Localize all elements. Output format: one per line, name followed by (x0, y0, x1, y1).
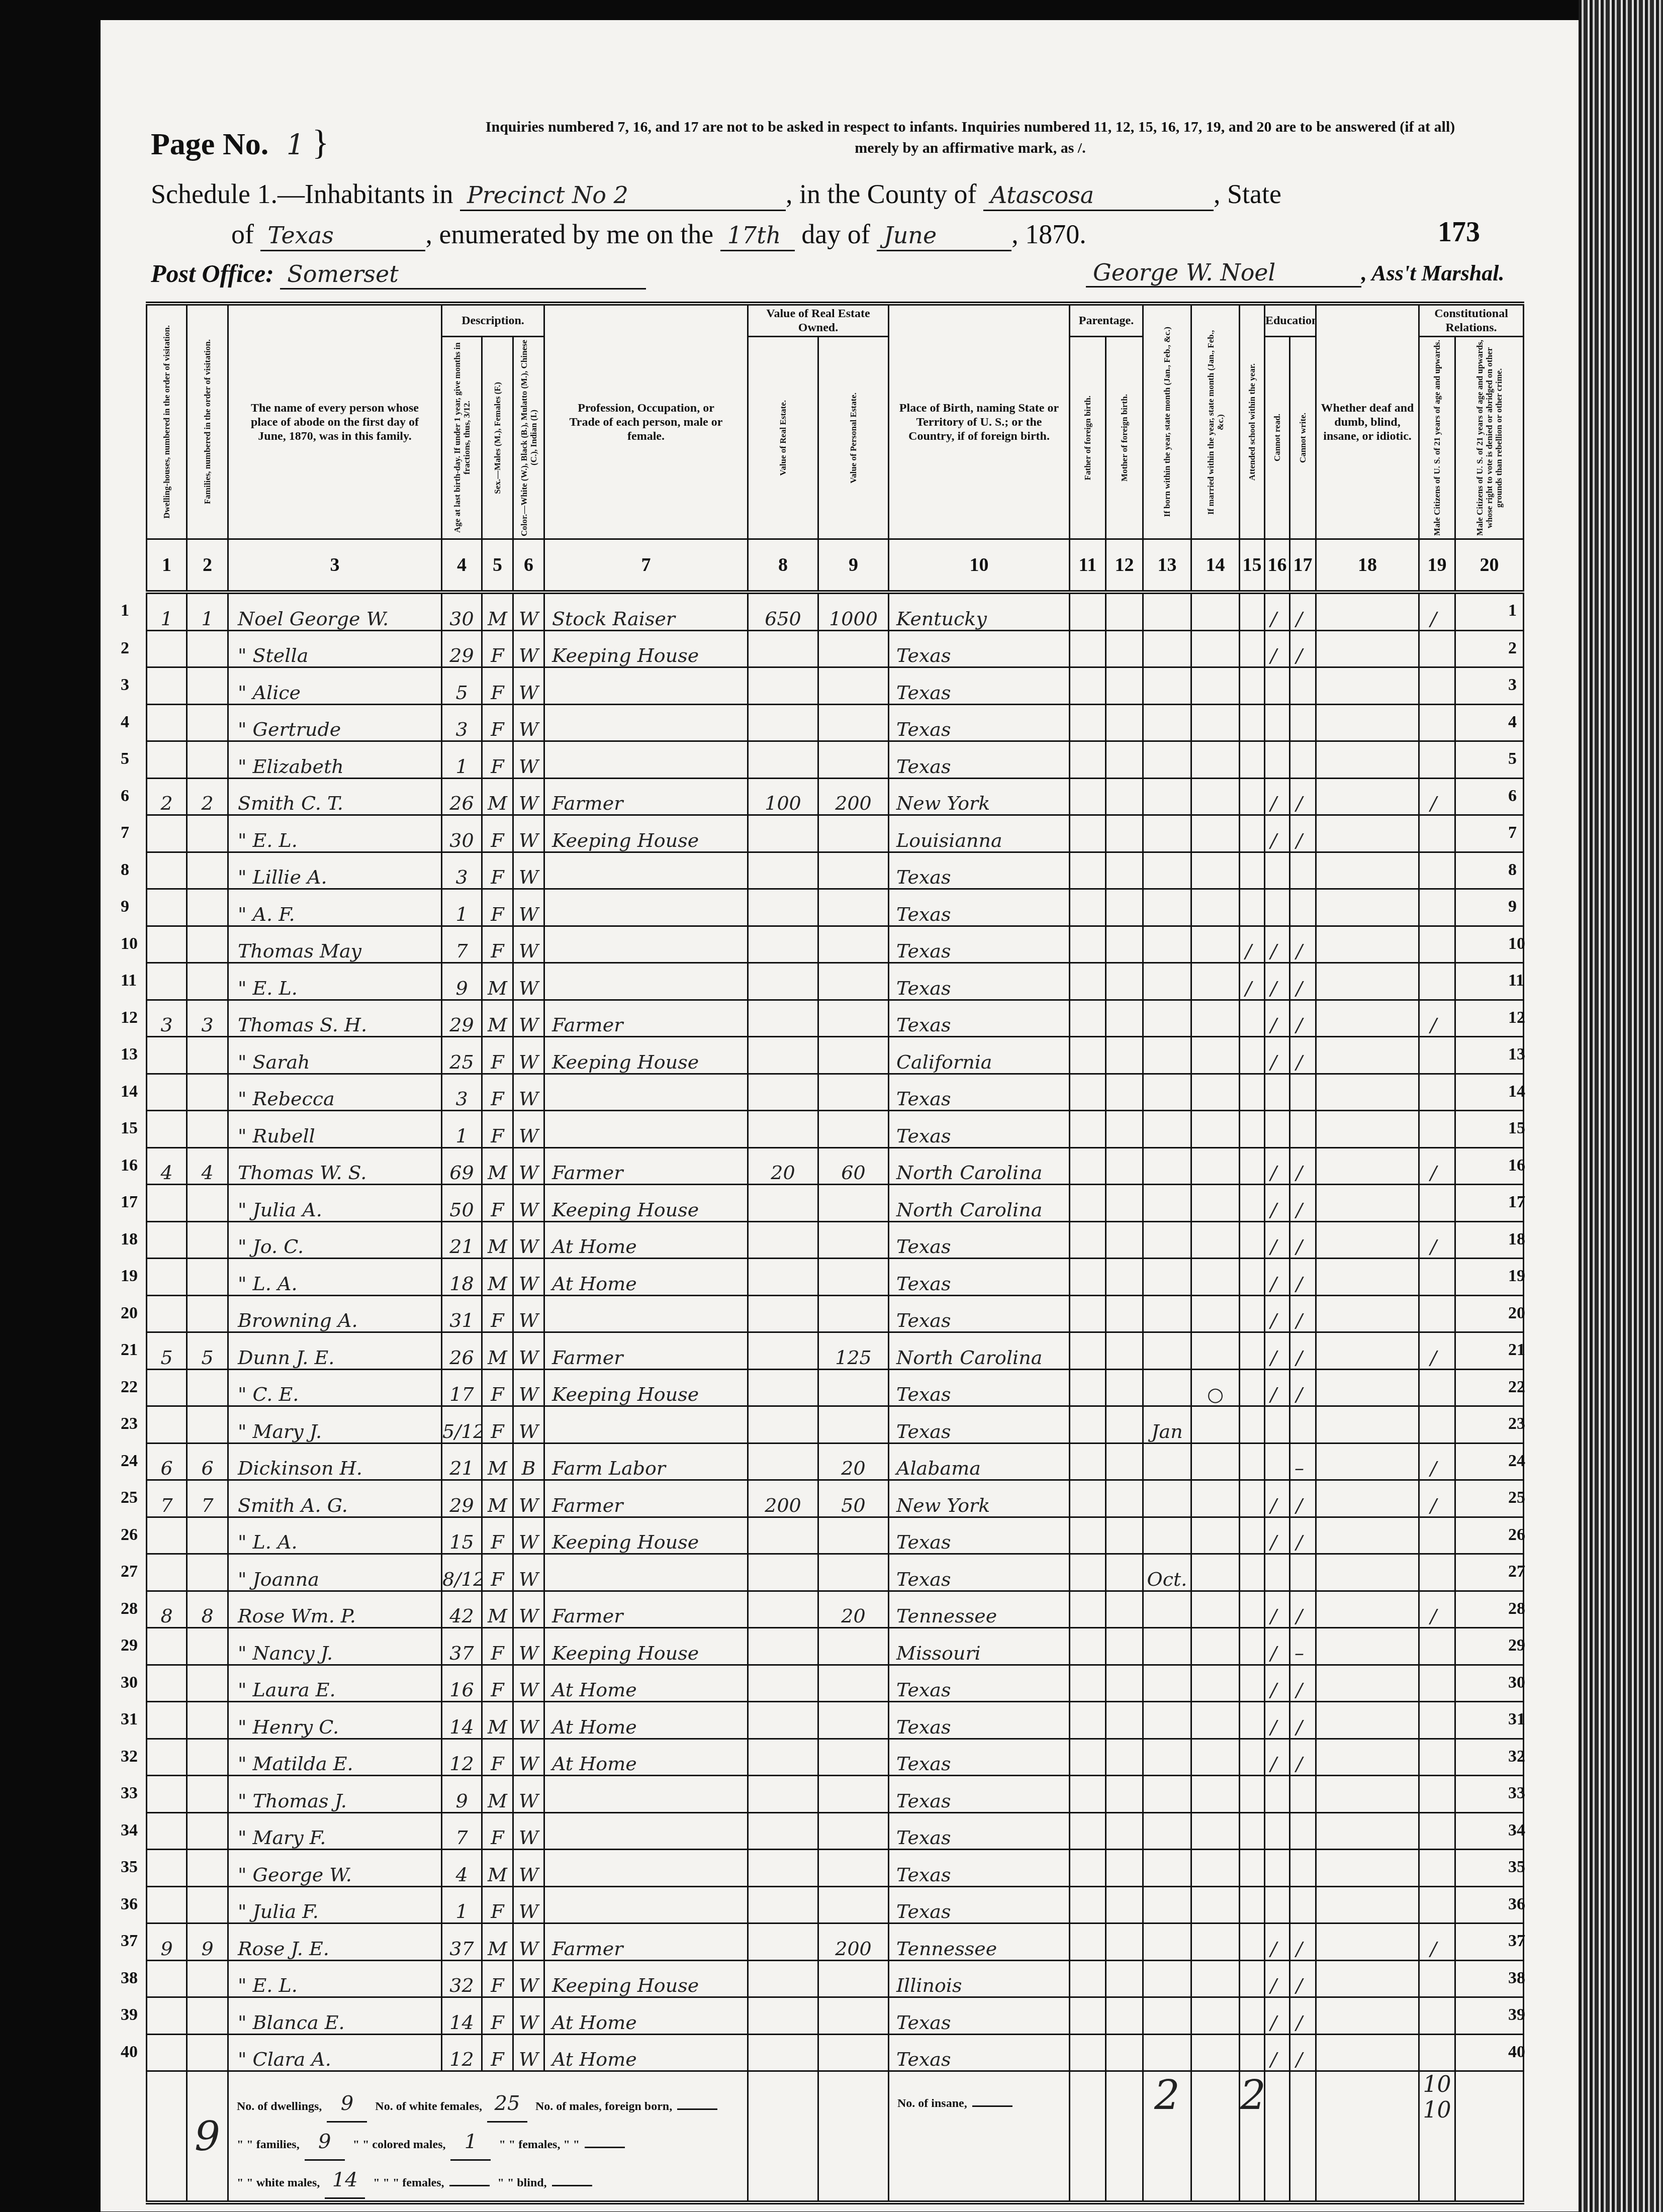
cannot-read: / (1265, 1295, 1290, 1332)
mother-foreign (1106, 1850, 1143, 1887)
color: W (513, 1960, 544, 1997)
personal-estate-value: 50 (818, 1480, 889, 1517)
deaf-blind-insane (1316, 741, 1419, 779)
place-of-birth: Texas (889, 1111, 1070, 1148)
real-estate-value (748, 852, 818, 889)
person-name: Browning A. (228, 1295, 442, 1332)
person-name: " E. L. (228, 815, 442, 852)
male-citizen-21 (1419, 1259, 1455, 1296)
born-within-year (1143, 1147, 1191, 1185)
column-number-6: 6 (513, 539, 544, 593)
cannot-write: / (1290, 1259, 1316, 1296)
table-row: " Jo. C.21MWAt HomeTexas/// (147, 1221, 1524, 1259)
cannot-write: / (1290, 1591, 1316, 1628)
occupation (544, 1295, 748, 1332)
line-number: 33 (121, 1784, 138, 1803)
line-number: 16 (1508, 1156, 1525, 1175)
mother-foreign (1106, 1259, 1143, 1296)
occupation: Keeping House (544, 630, 748, 667)
father-foreign (1070, 1554, 1106, 1591)
age: 8/12 (442, 1554, 482, 1591)
line-number: 31 (121, 1710, 138, 1729)
line-number: 9 (1508, 897, 1517, 916)
line-number: 15 (1508, 1119, 1525, 1138)
sex: M (482, 1147, 513, 1185)
place-of-birth: Texas (889, 1812, 1070, 1850)
color: W (513, 1812, 544, 1850)
cannot-read: / (1265, 1517, 1290, 1554)
age: 1 (442, 1886, 482, 1924)
header-col-5: Sex.—Males (M.), Females (F.) (482, 337, 513, 539)
person-name: " Sarah (228, 1037, 442, 1074)
attended-school (1240, 741, 1265, 779)
sex: F (482, 1037, 513, 1074)
sex: M (482, 1776, 513, 1813)
place-of-birth: Texas (889, 1665, 1070, 1702)
real-estate-value (748, 1850, 818, 1887)
real-estate-value (748, 1924, 818, 1961)
cannot-write (1290, 1074, 1316, 1111)
attended-school (1240, 1554, 1265, 1591)
deaf-blind-insane (1316, 889, 1419, 926)
male-citizen-21 (1419, 1037, 1455, 1074)
table-row: Thomas May7FWTexas/// (147, 926, 1524, 963)
person-name: Dunn J. E. (228, 1332, 442, 1370)
cannot-read: / (1265, 1332, 1290, 1370)
personal-estate-value (818, 1185, 889, 1222)
age: 17 (442, 1369, 482, 1406)
color: W (513, 1776, 544, 1813)
born-within-year (1143, 1665, 1191, 1702)
person-name: " Alice (228, 667, 442, 705)
dwelling-number (147, 1850, 187, 1887)
real-estate-value (748, 1000, 818, 1037)
family-number (187, 1185, 228, 1222)
born-within-year (1143, 1000, 1191, 1037)
mother-foreign (1106, 1111, 1143, 1148)
attended-school (1240, 1924, 1265, 1961)
summary-col-13-total: 2 (1143, 2071, 1191, 2203)
father-foreign (1070, 741, 1106, 779)
family-number (187, 1221, 228, 1259)
age: 7 (442, 1812, 482, 1850)
mother-foreign (1106, 1554, 1143, 1591)
born-within-year (1143, 1812, 1191, 1850)
place-of-birth: Texas (889, 1221, 1070, 1259)
cannot-read: / (1265, 1960, 1290, 1997)
cannot-read (1265, 704, 1290, 741)
married-within-year (1191, 1960, 1240, 1997)
line-number: 23 (121, 1414, 138, 1433)
person-name: " Mary J. (228, 1406, 442, 1444)
color: B (513, 1443, 544, 1480)
dwellings-count: 9 (327, 2086, 367, 2123)
cannot-read: / (1265, 592, 1290, 630)
dwelling-number (147, 963, 187, 1000)
line-number: 8 (121, 860, 129, 880)
place-of-birth: Louisianna (889, 815, 1070, 852)
color: W (513, 1221, 544, 1259)
born-within-year (1143, 1628, 1191, 1665)
table-row: 33Thomas S. H.29MWFarmerTexas/// (147, 1000, 1524, 1037)
attended-school: / (1240, 963, 1265, 1000)
line-number: 40 (121, 2043, 138, 2062)
dwelling-number (147, 1037, 187, 1074)
header-col-2: Families, numbered in the order of visit… (187, 304, 228, 539)
real-estate-value (748, 1443, 818, 1480)
table-row: " Rebecca3FWTexas (147, 1074, 1524, 1111)
real-estate-value (748, 1332, 818, 1370)
attended-school (1240, 2034, 1265, 2071)
place-of-birth: Texas (889, 2034, 1070, 2071)
header-col-11: Father of foreign birth. (1070, 337, 1106, 539)
attended-school (1240, 1443, 1265, 1480)
attended-school (1240, 778, 1265, 815)
dwelling-number (147, 1628, 187, 1665)
married-within-year (1191, 1480, 1240, 1517)
color: W (513, 1628, 544, 1665)
place-of-birth: Texas (889, 1369, 1070, 1406)
color: W (513, 1886, 544, 1924)
male-citizen-21 (1419, 1628, 1455, 1665)
color: W (513, 889, 544, 926)
age: 30 (442, 815, 482, 852)
married-within-year (1191, 1554, 1240, 1591)
age: 7 (442, 926, 482, 963)
father-foreign (1070, 889, 1106, 926)
table-row: " Rubell1FWTexas (147, 1111, 1524, 1148)
dwelling-number (147, 1221, 187, 1259)
deaf-blind-insane (1316, 1812, 1419, 1850)
month-value: June (884, 222, 937, 249)
table-row: " E. L.32FWKeeping HouseIllinois// (147, 1960, 1524, 1997)
color: W (513, 1259, 544, 1296)
mother-foreign (1106, 1776, 1143, 1813)
cannot-read (1265, 1406, 1290, 1444)
real-estate-value (748, 815, 818, 852)
born-within-year (1143, 1960, 1191, 1997)
attended-school (1240, 1739, 1265, 1776)
color: W (513, 1591, 544, 1628)
place-of-birth: Texas (889, 852, 1070, 889)
place-of-birth: Texas (889, 667, 1070, 705)
sex: F (482, 1185, 513, 1222)
occupation: Farmer (544, 1000, 748, 1037)
sex: F (482, 1517, 513, 1554)
column-number-14: 14 (1191, 539, 1240, 593)
header-col-16: Cannot read. (1265, 337, 1290, 539)
married-within-year (1191, 592, 1240, 630)
personal-estate-value (818, 1665, 889, 1702)
born-within-year (1143, 1185, 1191, 1222)
cannot-write (1290, 1406, 1316, 1444)
table-row: " Henry C.14MWAt HomeTexas// (147, 1702, 1524, 1739)
family-number (187, 963, 228, 1000)
color: W (513, 1702, 544, 1739)
place-of-birth: North Carolina (889, 1332, 1070, 1370)
cannot-write: / (1290, 1000, 1316, 1037)
dwelling-number: 7 (147, 1480, 187, 1517)
table-row: " Laura E.16FWAt HomeTexas// (147, 1665, 1524, 1702)
occupation (544, 741, 748, 779)
deaf-blind-insane (1316, 1221, 1419, 1259)
line-number: 36 (1508, 1895, 1525, 1914)
cannot-write (1290, 1554, 1316, 1591)
person-name: " Clara A. (228, 2034, 442, 2071)
dwelling-number (147, 667, 187, 705)
sex: F (482, 1369, 513, 1406)
personal-estate-value: 60 (818, 1147, 889, 1185)
father-foreign (1070, 1295, 1106, 1332)
personal-estate-value (818, 1812, 889, 1850)
cannot-write: / (1290, 1295, 1316, 1332)
age: 14 (442, 1702, 482, 1739)
born-within-year (1143, 592, 1191, 630)
cannot-write: / (1290, 1147, 1316, 1185)
male-citizen-21: / (1419, 592, 1455, 630)
male-citizen-21: / (1419, 1924, 1455, 1961)
married-within-year (1191, 889, 1240, 926)
occupation: Farm Labor (544, 1443, 748, 1480)
occupation (544, 1111, 748, 1148)
mother-foreign (1106, 741, 1143, 779)
line-number: 35 (121, 1858, 138, 1877)
line-number: 16 (121, 1156, 138, 1175)
color: W (513, 1185, 544, 1222)
color: W (513, 1147, 544, 1185)
mother-foreign (1106, 1332, 1143, 1370)
sex: F (482, 1111, 513, 1148)
real-estate-value (748, 1591, 818, 1628)
male-citizen-21 (1419, 1369, 1455, 1406)
real-estate-value (748, 1554, 818, 1591)
male-citizen-21: / (1419, 1591, 1455, 1628)
place-of-birth: Texas (889, 1776, 1070, 1813)
color: W (513, 852, 544, 889)
occupation: Keeping House (544, 1037, 748, 1074)
born-within-year (1143, 889, 1191, 926)
personal-estate-value (818, 852, 889, 889)
color: W (513, 704, 544, 741)
married-within-year (1191, 1074, 1240, 1111)
place-of-birth: Texas (889, 1406, 1070, 1444)
line-number: 34 (1508, 1821, 1525, 1840)
line-number: 30 (1508, 1673, 1525, 1692)
married-within-year (1191, 1259, 1240, 1296)
father-foreign (1070, 1406, 1106, 1444)
mother-foreign (1106, 1037, 1143, 1074)
column-number-2: 2 (187, 539, 228, 593)
summary-col-19-total: 1010 (1419, 2071, 1455, 2203)
personal-estate-value (818, 1259, 889, 1296)
dwelling-number (147, 1259, 187, 1296)
sex: M (482, 1850, 513, 1887)
sex: F (482, 1886, 513, 1924)
occupation: Farmer (544, 1591, 748, 1628)
deaf-blind-insane (1316, 1480, 1419, 1517)
line-number: 13 (1508, 1045, 1525, 1064)
line-number: 1 (1508, 601, 1517, 620)
personal-estate-value (818, 889, 889, 926)
place-of-birth: Texas (889, 1000, 1070, 1037)
cannot-read: / (1265, 1739, 1290, 1776)
mother-foreign (1106, 815, 1143, 852)
real-estate-value (748, 1259, 818, 1296)
deaf-blind-insane (1316, 1000, 1419, 1037)
table-row: " Julia F.1FWTexas (147, 1886, 1524, 1924)
personal-estate-value (818, 1111, 889, 1148)
cannot-write: / (1290, 963, 1316, 1000)
personal-estate-value (818, 667, 889, 705)
cannot-read: / (1265, 1221, 1290, 1259)
line-number: 12 (121, 1008, 138, 1027)
marshal-value: George W. Noel (1093, 259, 1275, 286)
father-foreign (1070, 1480, 1106, 1517)
age: 1 (442, 741, 482, 779)
mother-foreign (1106, 926, 1143, 963)
line-number: 10 (121, 934, 138, 953)
attended-school: / (1240, 926, 1265, 963)
cannot-read: / (1265, 630, 1290, 667)
deaf-blind-insane (1316, 1591, 1419, 1628)
real-estate-value (748, 889, 818, 926)
person-name: " Jo. C. (228, 1221, 442, 1259)
place-of-birth: Texas (889, 963, 1070, 1000)
table-row: 99Rose J. E.37MWFarmer200Tennessee/// (147, 1924, 1524, 1961)
post-office-label: Post Office: (151, 259, 274, 287)
deaf-blind-insane (1316, 963, 1419, 1000)
post-office-field: Somerset (280, 259, 646, 290)
cannot-write: / (1290, 1739, 1316, 1776)
person-name: " Joanna (228, 1554, 442, 1591)
personal-estate-value: 125 (818, 1332, 889, 1370)
person-name: " L. A. (228, 1517, 442, 1554)
line-number: 20 (1508, 1304, 1525, 1323)
mother-foreign (1106, 1886, 1143, 1924)
line-number: 25 (1508, 1488, 1525, 1507)
married-within-year (1191, 1443, 1240, 1480)
age: 21 (442, 1443, 482, 1480)
male-citizen-21 (1419, 1960, 1455, 1997)
family-number: 9 (187, 1924, 228, 1961)
born-within-year (1143, 1850, 1191, 1887)
real-estate-value (748, 2034, 818, 2071)
white-females-count: 25 (487, 2086, 527, 2123)
married-within-year (1191, 1812, 1240, 1850)
male-citizen-21: / (1419, 778, 1455, 815)
person-name: Rose Wm. P. (228, 1591, 442, 1628)
personal-estate-value (818, 926, 889, 963)
header-col-4: Age at last birth-day. If under 1 year, … (442, 337, 482, 539)
line-number: 14 (1508, 1082, 1525, 1101)
real-estate-value (748, 1997, 818, 2035)
table-row: 22Smith C. T.26MWFarmer100200New York/// (147, 778, 1524, 815)
personal-estate-value (818, 1628, 889, 1665)
attended-school (1240, 1997, 1265, 2035)
line-number: 5 (121, 749, 129, 768)
color: W (513, 778, 544, 815)
post-office-value: Somerset (287, 260, 398, 287)
father-foreign (1070, 1886, 1106, 1924)
sex: M (482, 1480, 513, 1517)
personal-estate-value (818, 630, 889, 667)
sex: F (482, 1665, 513, 1702)
mother-foreign (1106, 630, 1143, 667)
real-estate-value (748, 1111, 818, 1148)
father-foreign (1070, 1997, 1106, 2035)
born-within-year (1143, 1739, 1191, 1776)
line-number: 2 (121, 639, 129, 658)
deaf-blind-insane (1316, 1665, 1419, 1702)
header-col-10: Place of Birth, naming State or Territor… (889, 304, 1070, 539)
line-number: 20 (121, 1304, 138, 1323)
real-estate-value (748, 704, 818, 741)
column-number-4: 4 (442, 539, 482, 593)
sex: F (482, 1997, 513, 2035)
value-group: Value of Real Estate Owned. (748, 304, 889, 337)
table-row: " Lillie A.3FWTexas (147, 852, 1524, 889)
column-number-7: 7 (544, 539, 748, 593)
father-foreign (1070, 1739, 1106, 1776)
header-group-row: Dwelling-houses, numbered in the order o… (147, 304, 1524, 337)
education-group: Education. (1265, 304, 1316, 337)
born-within-year (1143, 1924, 1191, 1961)
cannot-write: / (1290, 926, 1316, 963)
age: 25 (442, 1037, 482, 1074)
married-within-year (1191, 741, 1240, 779)
personal-estate-value: 1000 (818, 592, 889, 630)
family-number: 4 (187, 1147, 228, 1185)
attended-school (1240, 852, 1265, 889)
personal-estate-value (818, 963, 889, 1000)
born-within-year (1143, 1591, 1191, 1628)
line-number: 22 (121, 1378, 138, 1397)
family-total: 9 (187, 2071, 228, 2203)
person-name: " C. E. (228, 1369, 442, 1406)
age: 3 (442, 704, 482, 741)
married-within-year (1191, 1739, 1240, 1776)
cannot-write: / (1290, 1665, 1316, 1702)
deaf-blind-insane (1316, 1369, 1419, 1406)
mother-foreign (1106, 1185, 1143, 1222)
male-citizen-21 (1419, 1812, 1455, 1850)
cannot-write (1290, 1812, 1316, 1850)
color: W (513, 1369, 544, 1406)
person-name: " Henry C. (228, 1702, 442, 1739)
schedule-label: Schedule 1.—Inhabitants in (151, 179, 453, 209)
occupation: Keeping House (544, 1369, 748, 1406)
personal-estate-value (818, 1776, 889, 1813)
cannot-write (1290, 852, 1316, 889)
sex: F (482, 852, 513, 889)
line-number: 12 (1508, 1008, 1525, 1027)
cannot-write: / (1290, 1960, 1316, 1997)
real-estate-value (748, 1812, 818, 1850)
real-estate-value (748, 1295, 818, 1332)
cannot-read: / (1265, 1997, 1290, 2035)
line-number: 38 (1508, 1969, 1525, 1988)
personal-estate-value (818, 741, 889, 779)
married-within-year (1191, 926, 1240, 963)
occupation: At Home (544, 1665, 748, 1702)
line-number: 2 (1508, 639, 1517, 658)
person-name: " Lillie A. (228, 852, 442, 889)
real-estate-value (748, 1185, 818, 1222)
occupation (544, 926, 748, 963)
deaf-blind-insane (1316, 1037, 1419, 1074)
father-foreign (1070, 1111, 1106, 1148)
line-number: 4 (1508, 713, 1517, 732)
